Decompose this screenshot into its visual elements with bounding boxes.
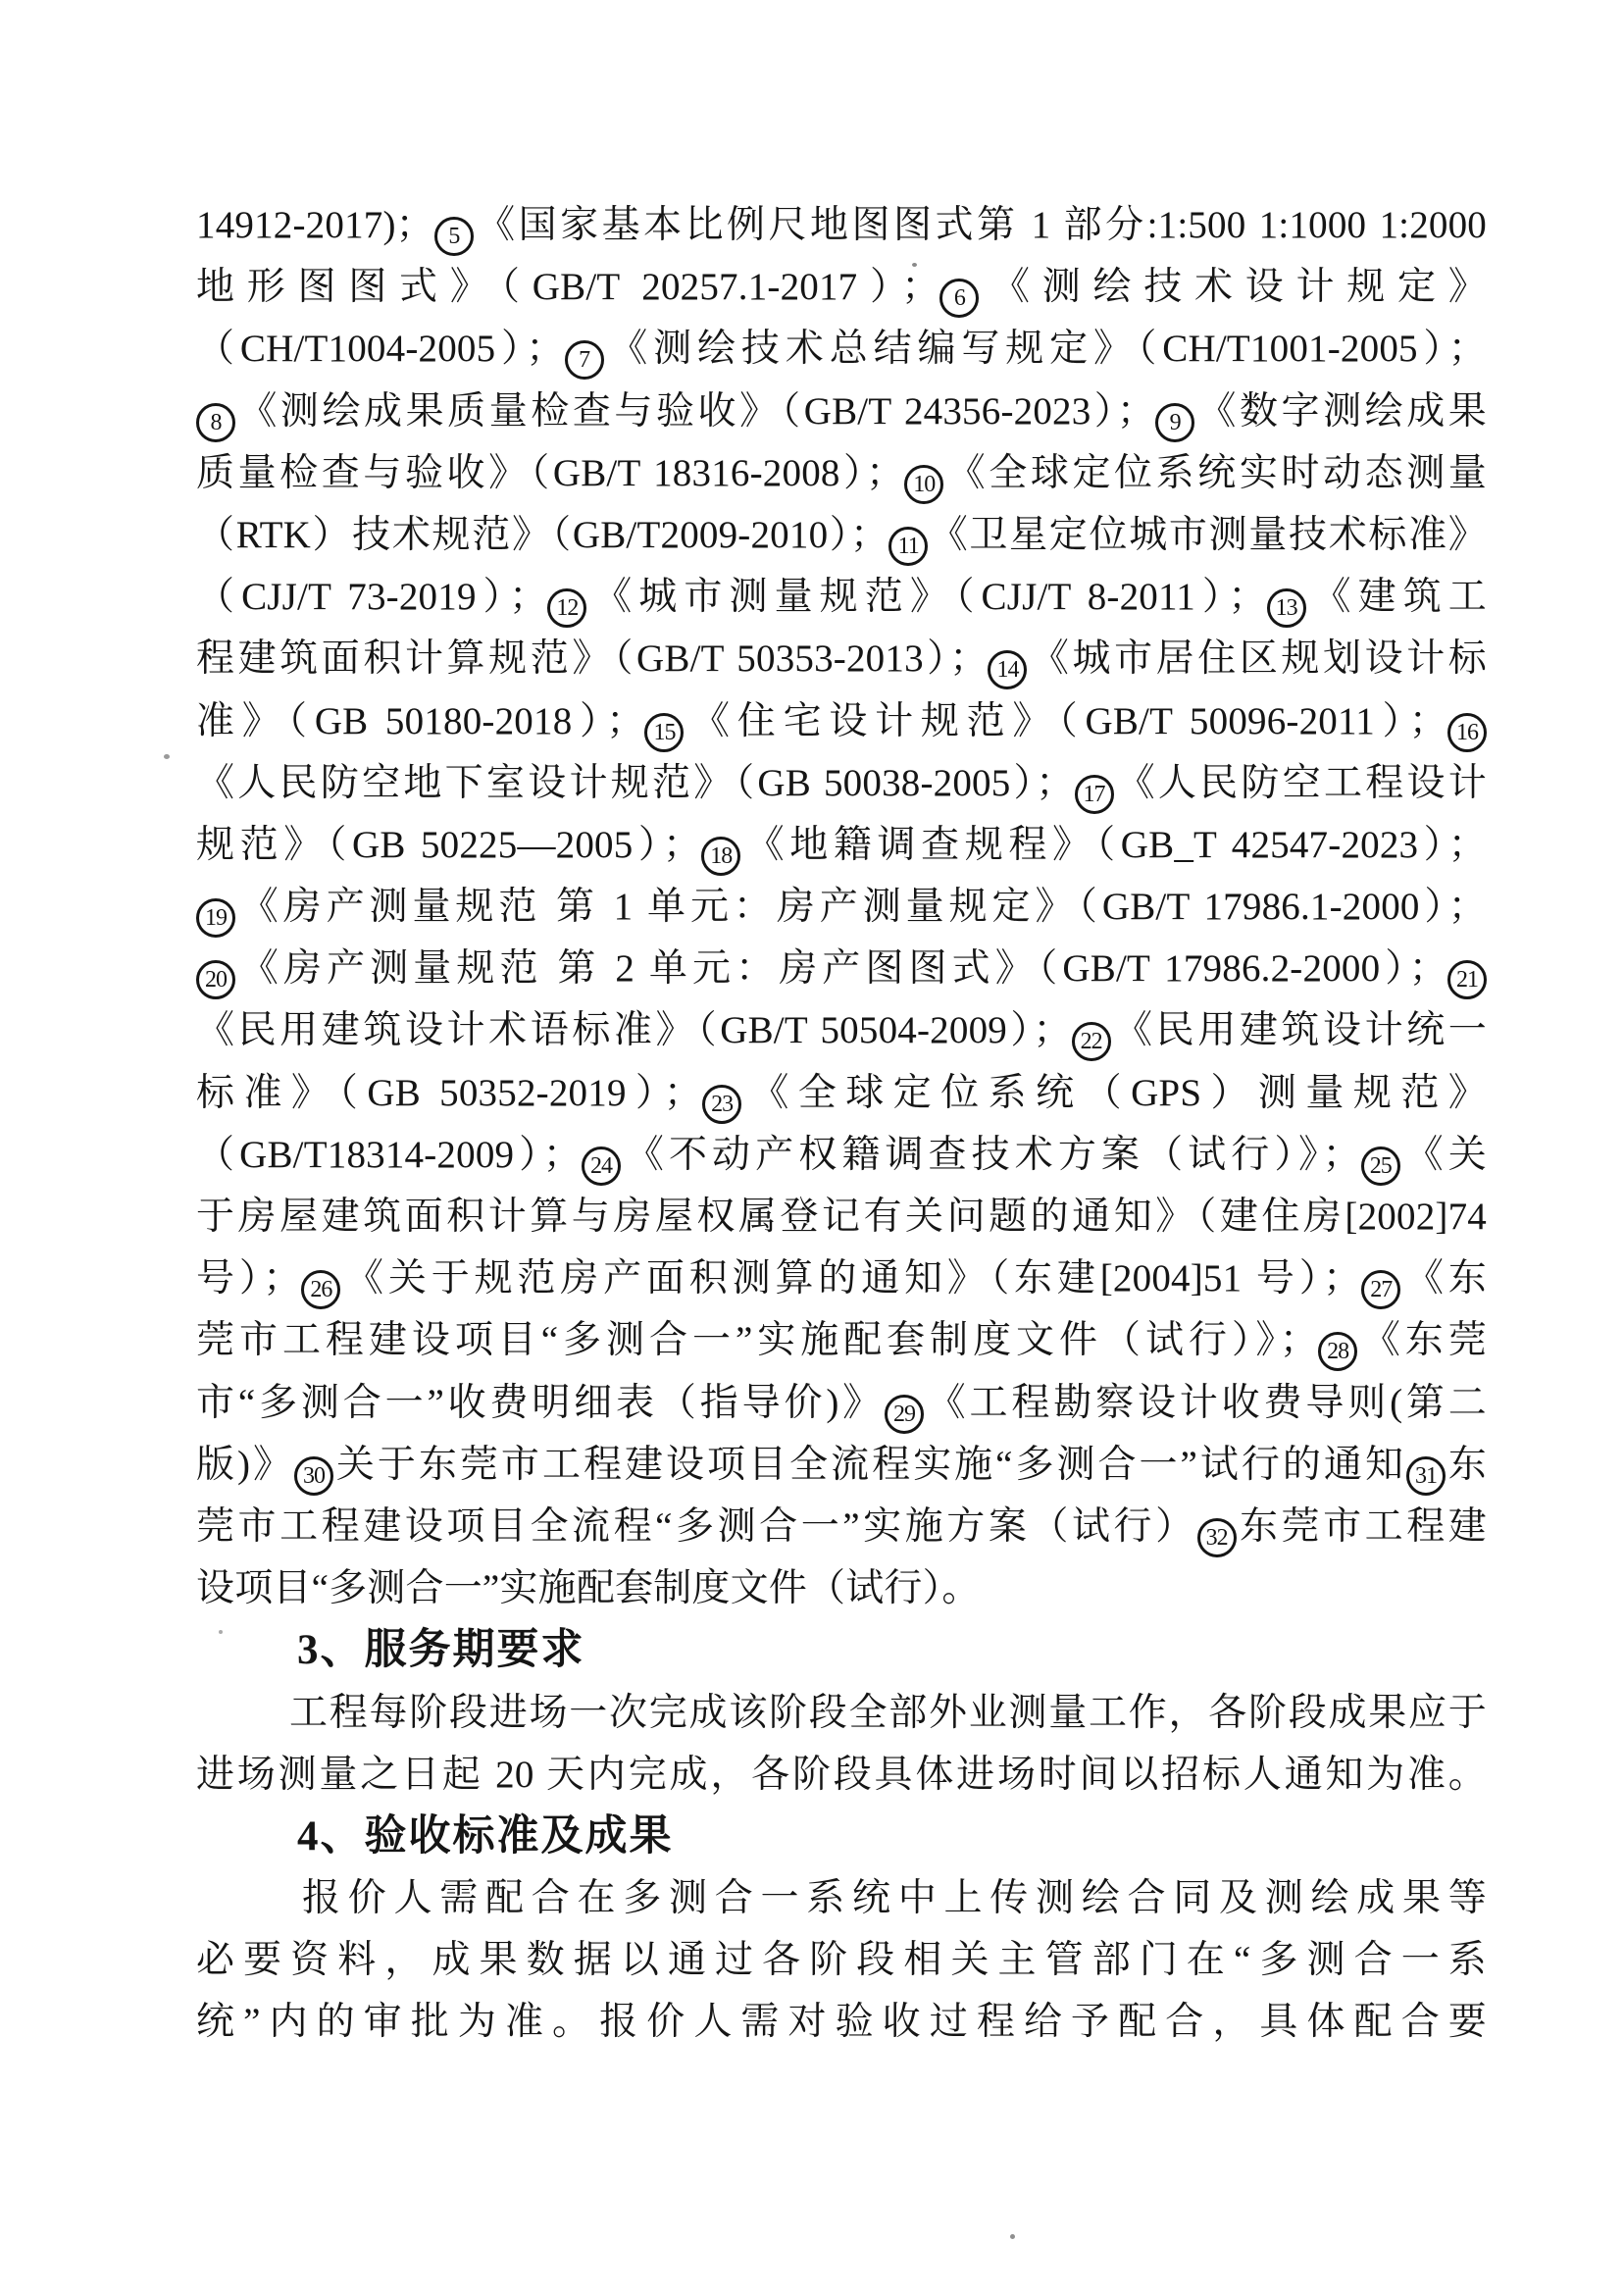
circled-number-6: 6 xyxy=(939,279,979,318)
text-run: 《人民防空工程设计 xyxy=(1114,762,1487,804)
text-line: 必要资料，成果数据以通过各阶段相关主管部门在“多测合一系 xyxy=(196,1929,1487,1991)
text-run: 3、服务期要求 xyxy=(297,1627,585,1673)
circled-number-8: 8 xyxy=(196,403,235,442)
text-run: 工程每阶段进场一次完成该阶段全部外业测量工作，各阶段成果应于 xyxy=(289,1692,1487,1734)
text-line: 《人民防空地下室设计规范》（GB 50038-2005）；17《人民防空工程设计 xyxy=(196,752,1487,814)
text-run: 莞市工程建设项目“多测合一”实施配套制度文件（试行）》； xyxy=(196,1319,1318,1361)
circled-number-25: 25 xyxy=(1361,1146,1400,1186)
text-run: 程建筑面积计算规范》（GB/T 50353-2013）； xyxy=(196,637,988,680)
section-heading: 4、验收标准及成果 xyxy=(196,1806,1487,1867)
text-run: 《测绘成果质量检查与验收》（GB/T 24356-2023）； xyxy=(235,390,1155,433)
circled-number-29: 29 xyxy=(885,1395,924,1434)
circled-number-10: 10 xyxy=(904,465,943,504)
text-run: 东莞市工程建 xyxy=(1237,1505,1487,1548)
text-run: 《测绘技术总结编写规定》（CH/T1001-2005）； xyxy=(604,328,1487,370)
circled-number-12: 12 xyxy=(547,588,586,628)
text-run: 《数字测绘成果 xyxy=(1194,390,1487,433)
circled-number-11: 11 xyxy=(888,527,928,566)
text-run: 《人民防空地下室设计规范》（GB 50038-2005）； xyxy=(196,762,1075,804)
text-run: 东 xyxy=(1446,1444,1487,1486)
text-run: 于房屋建筑面积计算与房屋权属登记有关问题的通知》（建住房[2002]74 xyxy=(196,1196,1487,1238)
text-line: 号）；26《关于规范房产面积测算的通知》（东建[2004]51 号）；27《东 xyxy=(196,1248,1487,1309)
circled-number-31: 31 xyxy=(1406,1456,1446,1496)
text-run: 《城市测量规范》（CJJ/T 8-2011）； xyxy=(586,576,1266,618)
text-line: 标准》（GB 50352-2019）；23《全球定位系统（GPS）测量规范》 xyxy=(196,1062,1487,1124)
text-run: （GB/T18314-2009）； xyxy=(196,1134,582,1176)
text-line: 设项目“多测合一”实施配套制度文件（试行）。 xyxy=(196,1557,1487,1619)
text-run: 《东 xyxy=(1400,1257,1487,1299)
text-run: 《民用建筑设计术语标准》（GB/T 50504-2009）； xyxy=(196,1009,1072,1051)
text-run: 规范》（GB 50225—2005）； xyxy=(196,824,701,866)
text-line: 《民用建筑设计术语标准》（GB/T 50504-2009）；22《民用建筑设计统… xyxy=(196,999,1487,1061)
text-run: 《东莞 xyxy=(1357,1319,1487,1361)
text-run: （RTK）技术规范》（GB/T2009-2010）； xyxy=(196,514,888,556)
text-run: 《不动产权籍调查技术方案（试行）》； xyxy=(621,1134,1361,1176)
circled-number-32: 32 xyxy=(1197,1518,1237,1557)
text-line: 统”内的审批为准。报价人需对验收过程给予配合，具体配合要 xyxy=(196,1991,1487,2053)
scan-speck xyxy=(219,1630,223,1634)
document-text-block: 14912-2017)；5《国家基本比例尺地图图式第 1 部分:1:500 1:… xyxy=(196,194,1487,2054)
text-run: 《民用建筑设计统一 xyxy=(1111,1009,1487,1051)
text-line: 进场测量之日起 20 天内完成，各阶段具体进场时间以招标人通知为准。 xyxy=(196,1744,1487,1806)
text-run: 报价人需配合在多测合一系统中上传测绘合同及测绘成果等 xyxy=(302,1877,1487,1919)
circled-number-23: 23 xyxy=(702,1085,741,1124)
text-line: 地形图图式》（GB/T 20257.1-2017）；6《测绘技术设计规定》 xyxy=(196,256,1487,318)
scan-speck xyxy=(912,263,917,267)
text-run: 《关 xyxy=(1400,1134,1487,1176)
section-heading: 3、服务期要求 xyxy=(196,1619,1487,1681)
text-line: 版)》30关于东莞市工程建设项目全流程实施“多测合一”试行的通知31东 xyxy=(196,1434,1487,1496)
circled-number-14: 14 xyxy=(988,650,1027,689)
text-run: （CH/T1004-2005）； xyxy=(196,328,565,370)
text-line: （RTK）技术规范》（GB/T2009-2010）；11《卫星定位城市测量技术标… xyxy=(196,504,1487,566)
circled-number-24: 24 xyxy=(582,1146,621,1186)
text-run: 《工程勘察设计收费导则(第二 xyxy=(924,1382,1487,1424)
circled-number-7: 7 xyxy=(565,340,604,380)
circled-number-28: 28 xyxy=(1318,1332,1357,1371)
text-line: 莞市工程建设项目“多测合一”实施配套制度文件（试行）》；28《东莞 xyxy=(196,1309,1487,1371)
scan-speck xyxy=(1010,2234,1015,2239)
text-line: 工程每阶段进场一次完成该阶段全部外业测量工作，各阶段成果应于 xyxy=(196,1682,1487,1744)
text-line: （CH/T1004-2005）；7《测绘技术总结编写规定》（CH/T1001-2… xyxy=(196,318,1487,380)
circled-number-21: 21 xyxy=(1447,960,1487,999)
text-run: 《关于规范房产面积测算的通知》（东建[2004]51 号）； xyxy=(340,1257,1361,1299)
text-run: 标准》（GB 50352-2019）； xyxy=(196,1072,702,1114)
scanned-document-page: 14912-2017)；5《国家基本比例尺地图图式第 1 部分:1:500 1:… xyxy=(0,0,1624,2293)
circled-number-20: 20 xyxy=(196,960,235,999)
circled-number-19: 19 xyxy=(196,898,235,938)
circled-number-17: 17 xyxy=(1075,775,1114,814)
text-line: （GB/T18314-2009）；24《不动产权籍调查技术方案（试行）》；25《… xyxy=(196,1124,1487,1186)
text-run: 进场测量之日起 20 天内完成，各阶段具体进场时间以招标人通知为准。 xyxy=(196,1754,1487,1796)
text-line: 报价人需配合在多测合一系统中上传测绘合同及测绘成果等 xyxy=(196,1867,1487,1929)
text-line: 规范》（GB 50225—2005）；18《地籍调查规程》（GB_T 42547… xyxy=(196,814,1487,876)
text-run: 设项目“多测合一”实施配套制度文件（试行）。 xyxy=(196,1567,981,1609)
text-line: 14912-2017)；5《国家基本比例尺地图图式第 1 部分:1:500 1:… xyxy=(196,194,1487,256)
circled-number-26: 26 xyxy=(301,1270,340,1309)
text-run: 莞市工程建设项目全流程“多测合一”实施方案（试行） xyxy=(196,1505,1197,1548)
text-line: 20《房产测量规范 第 2 单元：房产图图式》（GB/T 17986.2-200… xyxy=(196,938,1487,999)
text-run: 《卫星定位城市测量技术标准》 xyxy=(928,514,1487,556)
text-line: 质量检查与验收》（GB/T 18316-2008）；10《全球定位系统实时动态测… xyxy=(196,442,1487,504)
text-line: 莞市工程建设项目全流程“多测合一”实施方案（试行）32东莞市工程建 xyxy=(196,1496,1487,1557)
text-run: 版)》 xyxy=(196,1444,294,1486)
text-run: 市“多测合一”收费明细表（指导价)》 xyxy=(196,1382,885,1424)
circled-number-15: 15 xyxy=(644,713,684,752)
circled-number-27: 27 xyxy=(1361,1270,1400,1309)
text-run: 4、验收标准及成果 xyxy=(297,1813,674,1860)
circled-number-30: 30 xyxy=(294,1456,333,1496)
text-run: 《国家基本比例尺地图图式第 1 部分:1:500 1:1000 1:2000 xyxy=(474,204,1487,246)
text-run: 地形图图式》（GB/T 20257.1-2017）； xyxy=(196,266,939,308)
text-line: 准》（GB 50180-2018）；15《住宅设计规范》（GB/T 50096-… xyxy=(196,690,1487,752)
text-run: （CJJ/T 73-2019）； xyxy=(196,576,547,618)
text-line: 8《测绘成果质量检查与验收》（GB/T 24356-2023）；9《数字测绘成果 xyxy=(196,381,1487,442)
circled-number-16: 16 xyxy=(1447,713,1487,752)
text-run: 《地籍调查规程》（GB_T 42547-2023）； xyxy=(740,824,1487,866)
scan-speck xyxy=(164,754,170,759)
text-run: 《住宅设计规范》（GB/T 50096-2011）； xyxy=(684,700,1447,742)
text-line: （CJJ/T 73-2019）；12《城市测量规范》（CJJ/T 8-2011）… xyxy=(196,566,1487,628)
text-run: 《全球定位系统实时动态测量 xyxy=(943,452,1487,494)
text-run: 必要资料，成果数据以通过各阶段相关主管部门在“多测合一系 xyxy=(196,1939,1487,1981)
text-run: 14912-2017)； xyxy=(196,204,434,246)
text-line: 19《房产测量规范 第 1 单元：房产测量规定》（GB/T 17986.1-20… xyxy=(196,876,1487,938)
text-run: 《房产测量规范 第 2 单元：房产图图式》（GB/T 17986.2-2000）… xyxy=(235,947,1447,990)
circled-number-22: 22 xyxy=(1072,1022,1111,1061)
circled-number-5: 5 xyxy=(434,217,474,256)
text-run: 质量检查与验收》（GB/T 18316-2008）； xyxy=(196,452,904,494)
text-run: 统”内的审批为准。报价人需对验收过程给予配合，具体配合要 xyxy=(196,2001,1487,2043)
circled-number-18: 18 xyxy=(701,837,740,876)
text-line: 程建筑面积计算规范》（GB/T 50353-2013）；14《城市居住区规划设计… xyxy=(196,628,1487,689)
text-run: 号）； xyxy=(196,1257,301,1299)
text-line: 于房屋建筑面积计算与房屋权属登记有关问题的通知》（建住房[2002]74 xyxy=(196,1186,1487,1248)
text-run: 《房产测量规范 第 1 单元：房产测量规定》（GB/T 17986.1-2000… xyxy=(235,886,1487,928)
text-run: 《城市居住区规划设计标 xyxy=(1027,637,1487,680)
text-line: 市“多测合一”收费明细表（指导价)》29《工程勘察设计收费导则(第二 xyxy=(196,1372,1487,1434)
text-run: 准》（GB 50180-2018）； xyxy=(196,700,644,742)
circled-number-9: 9 xyxy=(1155,403,1194,442)
circled-number-13: 13 xyxy=(1267,588,1306,628)
text-run: 《建筑工 xyxy=(1306,576,1487,618)
text-run: 关于东莞市工程建设项目全流程实施“多测合一”试行的通知 xyxy=(333,1444,1406,1486)
text-run: 《测绘技术设计规定》 xyxy=(979,266,1487,308)
text-run: 《全球定位系统（GPS）测量规范》 xyxy=(741,1072,1487,1114)
